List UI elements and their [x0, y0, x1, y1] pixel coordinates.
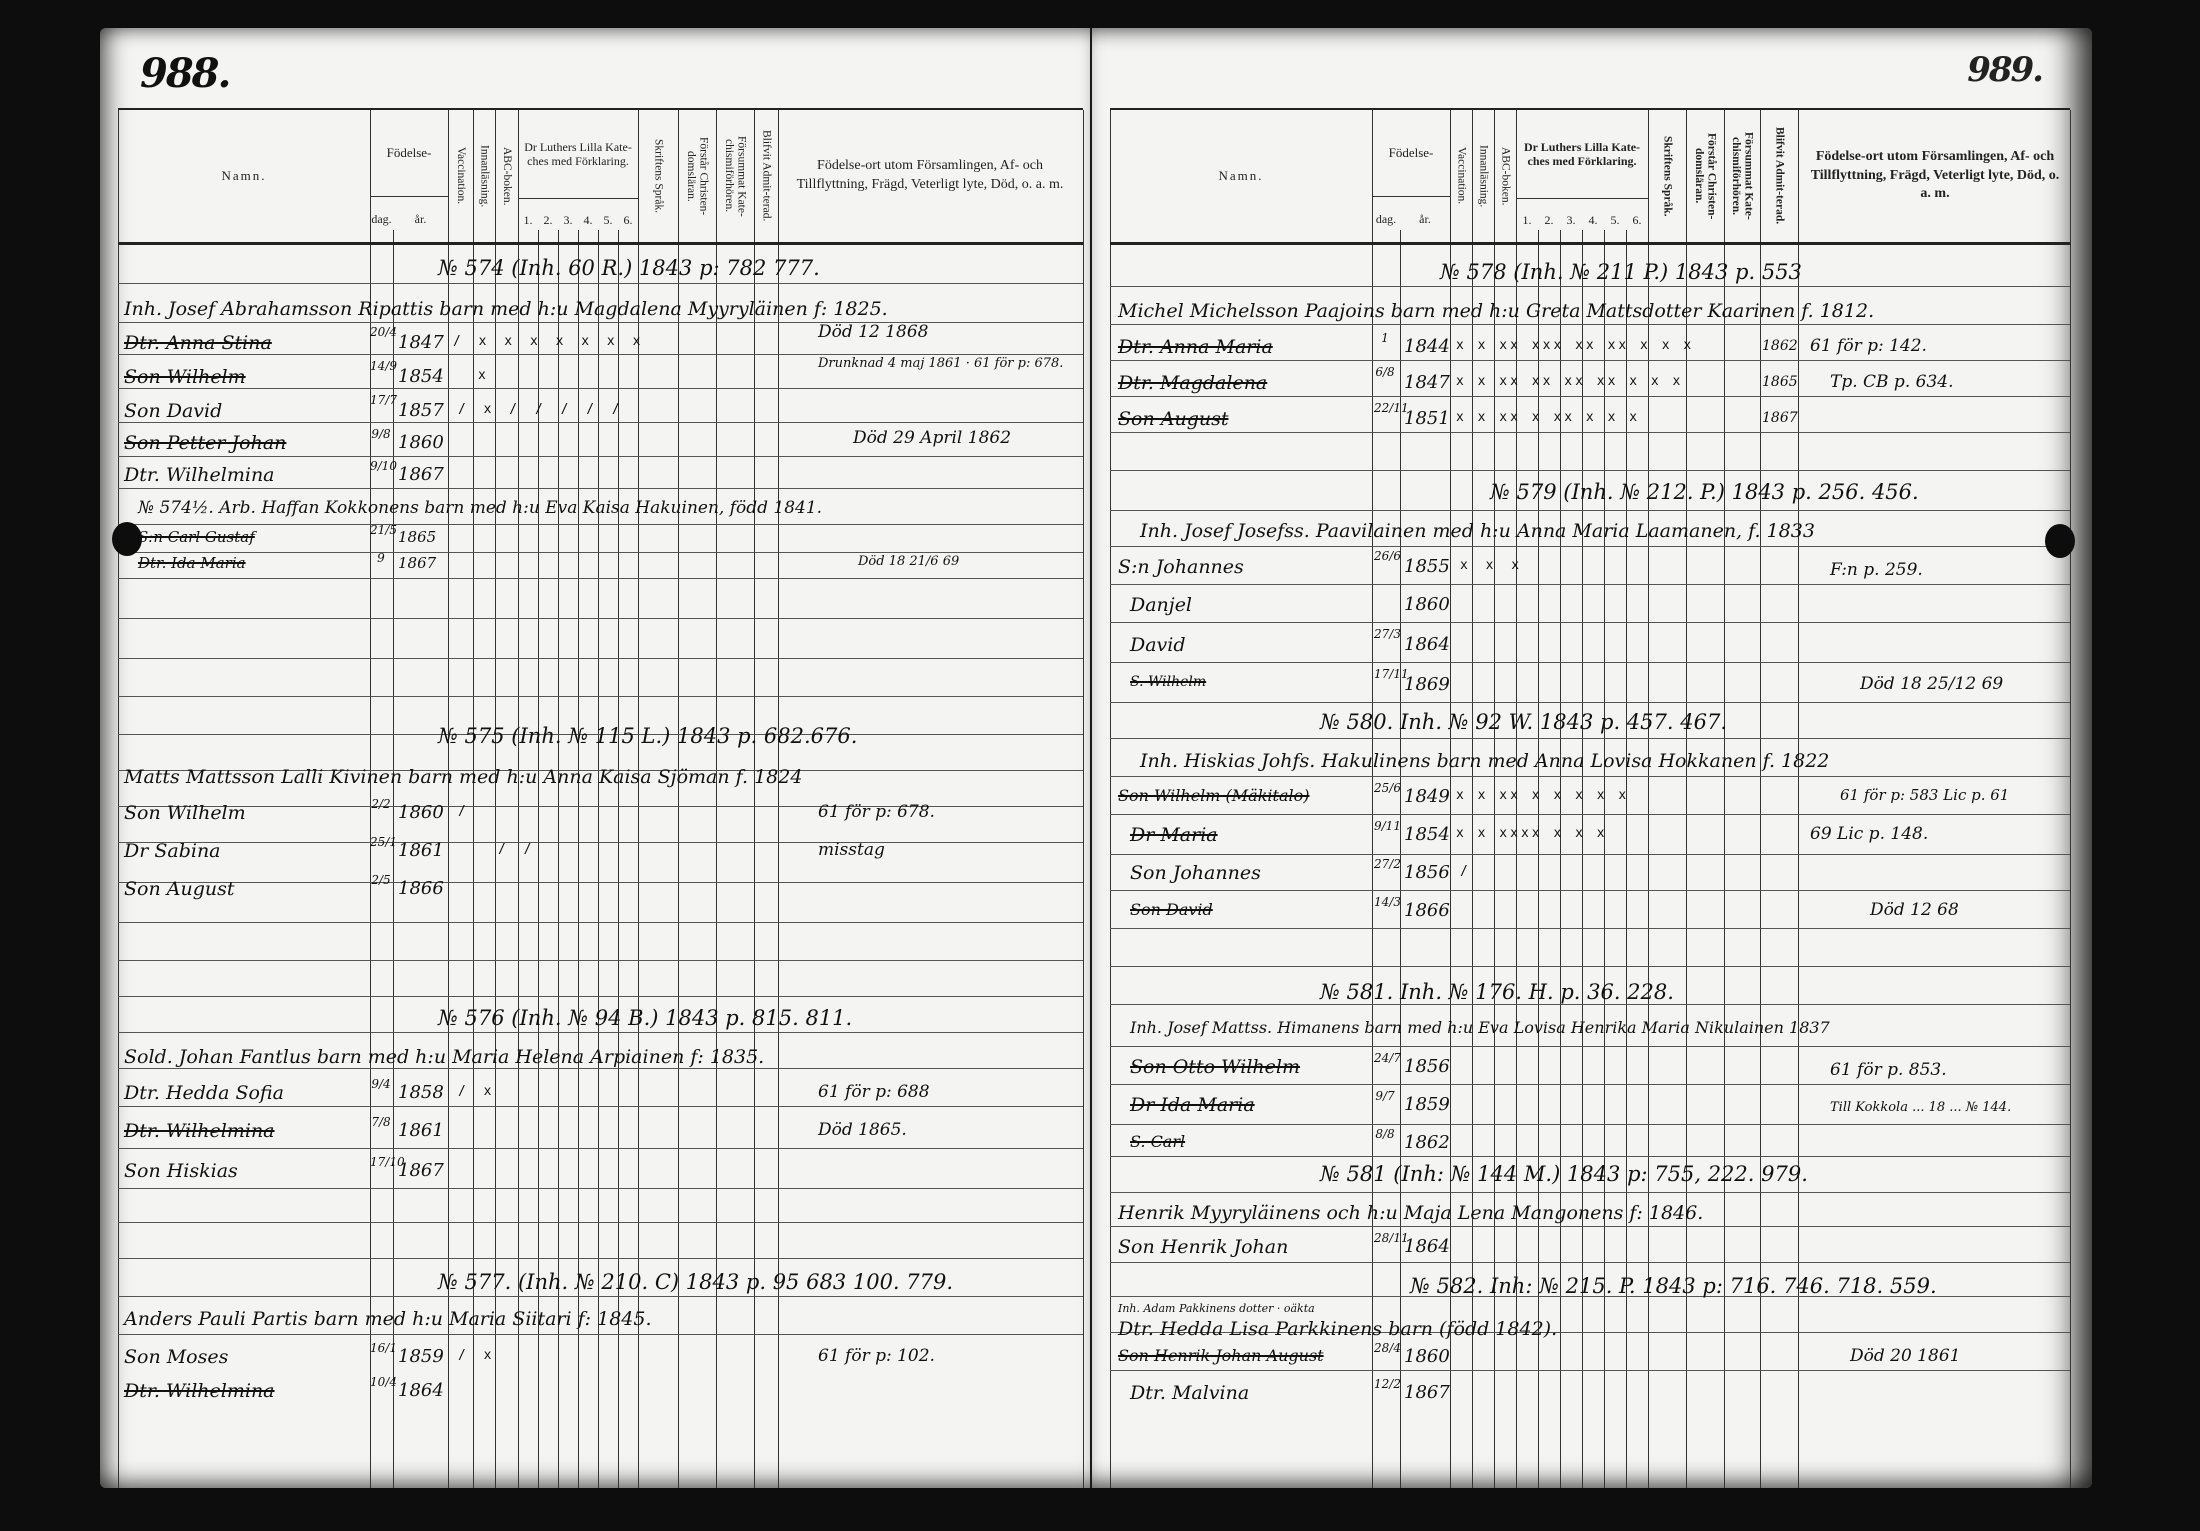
birth-year: 1854 — [1404, 824, 1450, 845]
birth-year: 1856 — [1404, 862, 1450, 883]
member-name: S. Carl — [1130, 1132, 1185, 1151]
birth-year: 1861 — [398, 840, 444, 861]
ink-blot — [112, 522, 142, 556]
birth-day: 9/7 — [1374, 1090, 1396, 1102]
remark: misstag — [818, 840, 885, 860]
birth-day: 9/8 — [370, 428, 392, 440]
left-page-number: 988. — [140, 50, 229, 97]
catechism-marks: / x — [458, 1084, 496, 1099]
birth-day: 1 — [1374, 332, 1396, 344]
member-name: Dr Sabina — [124, 840, 221, 862]
birth-year: 1862 — [1404, 1132, 1450, 1153]
note-above: Inh. Adam Pakkinens dotter · oäkta — [1118, 1302, 1315, 1315]
column-header-admitted: Blifvit Admit-terad. — [1760, 114, 1798, 238]
birth-day: 17/11 — [1374, 668, 1396, 680]
member-name: Dtr. Wilhelmina — [124, 464, 275, 486]
birth-day: 7/8 — [370, 1116, 392, 1128]
birth-day: 10/4 — [370, 1376, 392, 1388]
admitted-year: 1867 — [1762, 410, 1798, 426]
column-header-catechism-6: 6. — [1626, 198, 1648, 242]
household-head: Michel Michelsson Paajoins barn med h:u … — [1118, 300, 1874, 322]
birth-year: 1867 — [398, 464, 444, 485]
column-header-catechism-3: 3. — [1560, 198, 1582, 242]
member-name: Dtr. Wilhelmina — [124, 1120, 275, 1142]
household-head: Matts Mattsson Lalli Kivinen barn med h:… — [124, 766, 802, 788]
right-page: 989. Namn. Födelse- dag. år. Vaccination… — [1092, 28, 2092, 1488]
member-name: Son Johannes — [1130, 862, 1261, 884]
member-name: Son August — [1118, 408, 1228, 430]
member-name: Dtr. Anna Stina — [124, 332, 272, 354]
birth-day: 6/8 — [1374, 366, 1396, 378]
column-header-reading: Innanläsning. — [473, 114, 495, 238]
birth-year: 1864 — [398, 1380, 444, 1401]
entry-header: № 581. Inh. № 176. H. p. 36. 228. — [1320, 980, 1674, 1004]
entry-header: № 580. Inh. № 92 W. 1843 p. 457. 467. — [1320, 710, 1727, 734]
birth-year: 1864 — [1404, 1236, 1450, 1257]
birth-year: 1847 — [398, 332, 444, 353]
birth-day: 28/4 — [1374, 1342, 1396, 1354]
column-header-abc-book: ABC-boken. — [495, 114, 518, 238]
household-head: Sold. Johan Fantlus barn med h:u Maria H… — [124, 1046, 764, 1068]
birth-day: 12/2 — [1374, 1378, 1396, 1390]
right-page-number: 989. — [1967, 50, 2042, 90]
entry-header: № 582. Inh: № 215. P. 1843 p: 716. 746. … — [1410, 1274, 1937, 1298]
column-header-birth: Födelse- — [370, 110, 448, 196]
birth-day: 16/1 — [370, 1342, 392, 1354]
member-name: Dtr. Wilhelmina — [124, 1380, 275, 1402]
column-header-name: Namn. — [1110, 110, 1372, 242]
birth-year: 1847 — [1404, 372, 1450, 393]
birth-year: 1859 — [1404, 1094, 1450, 1115]
catechism-marks: x — [478, 368, 491, 383]
column-header-catechism-4: 4. — [1582, 198, 1604, 242]
catechism-marks: / / — [498, 842, 536, 857]
birth-day: 28/11 — [1374, 1232, 1396, 1244]
column-header-catechism-5: 5. — [1604, 198, 1626, 242]
birth-year: 1854 — [398, 366, 444, 387]
birth-year: 1867 — [1404, 1382, 1450, 1403]
remark: Död 20 1861 — [1850, 1346, 1960, 1366]
birth-year: 1858 — [398, 1082, 444, 1103]
column-header-remarks: Födelse-ort utom Församlingen, Af- och T… — [790, 110, 1070, 242]
household-head: Dtr. Hedda Lisa Parkkinens barn (född 18… — [1118, 1318, 1557, 1340]
entry-header: № 577. (Inh. № 210. C) 1843 p. 95 683 10… — [438, 1270, 953, 1294]
remark: 69 Lic p. 148. — [1810, 824, 1928, 844]
birth-day: 22/11 — [1374, 402, 1396, 414]
column-header-remarks: Födelse-ort utom Församlingen, Af- och T… — [1810, 110, 2060, 242]
catechism-marks: x x xx xxx xx xx x x x — [1456, 338, 1694, 353]
birth-year: 1866 — [398, 878, 444, 899]
column-header-scripture-language: Skriftens Språk. — [1648, 114, 1686, 238]
birth-day: 9/4 — [370, 1078, 392, 1090]
household-head: Inh. Hiskias Johfs. Hakulinens barn med … — [1140, 750, 1829, 772]
remark: Död 29 April 1862 — [853, 428, 1011, 448]
member-name: Son Otto Wilhelm — [1130, 1056, 1300, 1078]
birth-year: 1867 — [398, 1160, 444, 1181]
column-header-vaccination: Vaccination. — [1450, 114, 1472, 238]
remark: 61 för p: 688 — [818, 1082, 930, 1102]
member-name: Son David — [124, 400, 222, 422]
column-header-catechism-2: 2. — [538, 198, 558, 242]
catechism-marks: / — [1460, 864, 1473, 879]
remark: Död 12 68 — [1870, 900, 1959, 920]
member-name: Son Petter Johan — [124, 432, 286, 454]
member-name: Son David — [1130, 900, 1213, 919]
birth-year: 1860 — [398, 432, 444, 453]
birth-day: 24/7 — [1374, 1052, 1396, 1064]
birth-day: 14/9 — [370, 360, 392, 372]
birth-day: 2/2 — [370, 798, 392, 810]
remark: Till Kokkola ... 18 ... № 144. — [1830, 1100, 2011, 1115]
column-header-catechism-1: 1. — [1516, 198, 1538, 242]
remark: 61 för p: 678. — [818, 802, 935, 822]
entry-header: № 581 (Inh: № 144 M.) 1843 p: 755, 222. … — [1320, 1162, 1808, 1186]
birth-day: 9/11 — [1374, 820, 1396, 832]
member-name: Danjel — [1130, 594, 1192, 616]
birth-day: 17/7 — [370, 394, 392, 406]
entry-header: № 579 (Inh. № 212. P.) 1843 p. 256. 456. — [1490, 480, 1919, 504]
catechism-marks: x x x — [1460, 558, 1524, 573]
entry-header: № 575 (Inh. № 115 L.) 1843 p. 682.676. — [438, 724, 857, 748]
member-name: Dr Ida Maria — [1130, 1094, 1255, 1116]
remark: 61 för p: 102. — [818, 1346, 935, 1366]
household-head: Anders Pauli Partis barn med h:u Maria S… — [124, 1308, 652, 1330]
catechism-marks: / x — [458, 1348, 496, 1363]
member-name: Son Hiskias — [124, 1160, 238, 1182]
birth-year: 1855 — [1404, 556, 1450, 577]
birth-day: 25/1 — [370, 836, 392, 848]
column-header-catechism: Dr Luthers Lilla Kate-ches med Förklarin… — [1516, 110, 1648, 198]
birth-day: 9/10 — [370, 460, 392, 472]
catechism-marks: x x xx x x x x x — [1456, 788, 1629, 803]
catechism-marks: x x xx xx xx xx x x x — [1456, 374, 1683, 389]
column-header-scripture-language: Skriftens Språk. — [638, 114, 678, 238]
entry-header: № 576 (Inh. № 94 B.) 1843 p. 815. 811. — [438, 1006, 852, 1030]
column-header-vaccination: Vaccination. — [448, 114, 473, 238]
column-header-catechism-2: 2. — [1538, 198, 1560, 242]
right-register-table: Namn. Födelse- dag. år. Vaccination. Inn… — [1110, 108, 2070, 1488]
remark: Död 12 1868 — [818, 322, 928, 342]
member-name: S:n Carl Gustaf — [138, 528, 255, 546]
admitted-year: 1865 — [1762, 374, 1798, 390]
household-head: Inh. Josef Mattss. Himanens barn med h:u… — [1130, 1018, 1830, 1037]
column-header-abc-book: ABC-boken. — [1494, 114, 1516, 238]
birth-year: 1844 — [1404, 336, 1450, 357]
ink-blot — [2045, 524, 2075, 558]
column-header-understands-doctrine: Förstår Christen-domsläran. — [1686, 114, 1724, 238]
column-header-catechism-1: 1. — [518, 198, 538, 242]
birth-day: 14/3 — [1374, 896, 1396, 908]
birth-year: 1860 — [1404, 1346, 1450, 1367]
birth-year: 1857 — [398, 400, 444, 421]
birth-year: 1860 — [398, 802, 444, 823]
catechism-marks: x x xx x xx x x x — [1456, 410, 1640, 425]
column-header-catechism: Dr Luthers Lilla Kate-ches med Förklarin… — [518, 110, 638, 198]
member-name: Dtr. Malvina — [1130, 1382, 1249, 1404]
column-header-reading: Innanläsning. — [1472, 114, 1494, 238]
member-name: David — [1130, 634, 1186, 656]
birth-day: 27/3 — [1374, 628, 1396, 640]
remark: Död 18 21/6 69 — [858, 554, 959, 569]
birth-year: 1869 — [1404, 674, 1450, 695]
member-name: Son Wilhelm — [124, 802, 246, 824]
household-head: № 574½. Arb. Haffan Kokkonens barn med h… — [138, 498, 822, 518]
member-name: Dtr. Ida Maria — [138, 554, 246, 572]
member-name: S. Wilhelm — [1130, 674, 1206, 690]
member-name: Son Moses — [124, 1346, 228, 1368]
column-header-birth-day: dag. — [1372, 196, 1400, 242]
column-header-birth: Födelse- — [1372, 110, 1450, 196]
member-name: Son Henrik Johan — [1118, 1236, 1288, 1258]
birth-day: 25/6 — [1374, 782, 1396, 794]
member-name: Son Henrik Johan August — [1118, 1346, 1324, 1365]
household-head: Henrik Myyryläinens och h:u Maja Lena Ma… — [1118, 1202, 1703, 1224]
member-name: Dr Maria — [1130, 824, 1218, 846]
left-register-table: Namn. Födelse- dag. år. Vaccination. Inn… — [118, 108, 1083, 1488]
birth-year: 1849 — [1404, 786, 1450, 807]
admitted-year: 1862 — [1762, 338, 1798, 354]
remark: 61 för p: 142. — [1810, 336, 1927, 356]
birth-year: 1859 — [398, 1346, 444, 1367]
column-header-catechism-6: 6. — [618, 198, 638, 242]
catechism-marks: / x / / / / / — [458, 402, 625, 417]
column-header-missed-catechism: Försummat Kate-chismiförhören. — [716, 114, 754, 238]
birth-year: 1864 — [1404, 634, 1450, 655]
column-header-birth-year: år. — [393, 196, 448, 242]
entry-header: № 578 (Inh. № 211 P.) 1843 p. 553 — [1440, 260, 1802, 284]
member-name: Dtr. Hedda Sofia — [124, 1082, 284, 1104]
birth-day: 26/6 — [1374, 550, 1396, 562]
left-page: 988. Namn. Födelse- dag. år. Vaccination… — [100, 28, 1090, 1488]
household-head: Inh. Josef Josefss. Paavilainen med h:u … — [1140, 520, 1815, 542]
member-name: Son Wilhelm (Mäkitalo) — [1118, 786, 1309, 805]
catechism-marks: / x x x x x x x — [453, 334, 645, 349]
entry-header: № 574 (Inh. 60 R.) 1843 p: 782 777. — [438, 256, 820, 280]
remark: 61 för p. 853. — [1830, 1060, 1947, 1080]
column-header-catechism-5: 5. — [598, 198, 618, 242]
remark: Död 1865. — [818, 1120, 907, 1140]
column-header-name: Namn. — [118, 110, 370, 242]
household-head: Inh. Josef Abrahamsson Ripattis barn med… — [124, 298, 888, 320]
birth-year: 1866 — [1404, 900, 1450, 921]
birth-year: 1865 — [398, 528, 436, 546]
remark: Tp. CB p. 634. — [1830, 372, 1953, 392]
column-header-catechism-3: 3. — [558, 198, 578, 242]
remark: F:n p. 259. — [1830, 560, 1923, 580]
birth-day: 17/10 — [370, 1156, 392, 1168]
birth-day: 21/5 — [370, 524, 392, 536]
column-header-missed-catechism: Försummat Kate-chismiförhören. — [1724, 114, 1760, 238]
member-name: Son August — [124, 878, 234, 900]
catechism-marks: x x xxxx x x x — [1456, 826, 1608, 841]
member-name: Son Wilhelm — [124, 366, 246, 388]
member-name: Dtr. Magdalena — [1118, 372, 1267, 394]
member-name: Dtr. Anna Maria — [1118, 336, 1273, 358]
birth-day: 9 — [370, 552, 392, 564]
column-header-catechism-4: 4. — [578, 198, 598, 242]
catechism-marks: / — [458, 804, 471, 819]
birth-year: 1860 — [1404, 594, 1450, 615]
remark: Drunknad 4 maj 1861 · 61 för p: 678. — [818, 356, 1063, 371]
birth-day: 8/8 — [1374, 1128, 1396, 1140]
column-header-birth-day: dag. — [370, 196, 393, 242]
birth-day: 20/4 — [370, 326, 392, 338]
birth-year: 1867 — [398, 554, 436, 572]
birth-year: 1856 — [1404, 1056, 1450, 1077]
birth-day: 2/5 — [370, 874, 392, 886]
column-header-understands-doctrine: Förstår Christen-domsläran. — [678, 114, 716, 238]
column-header-admitted: Blifvit Admit-terad. — [754, 114, 778, 238]
birth-day: 27/2 — [1374, 858, 1396, 870]
remark: 61 för p: 583 Lic p. 61 — [1840, 786, 2009, 804]
member-name: S:n Johannes — [1118, 556, 1244, 578]
birth-year: 1861 — [398, 1120, 444, 1141]
birth-year: 1851 — [1404, 408, 1450, 429]
column-header-birth-year: år. — [1400, 196, 1450, 242]
remark: Död 18 25/12 69 — [1860, 674, 2003, 694]
